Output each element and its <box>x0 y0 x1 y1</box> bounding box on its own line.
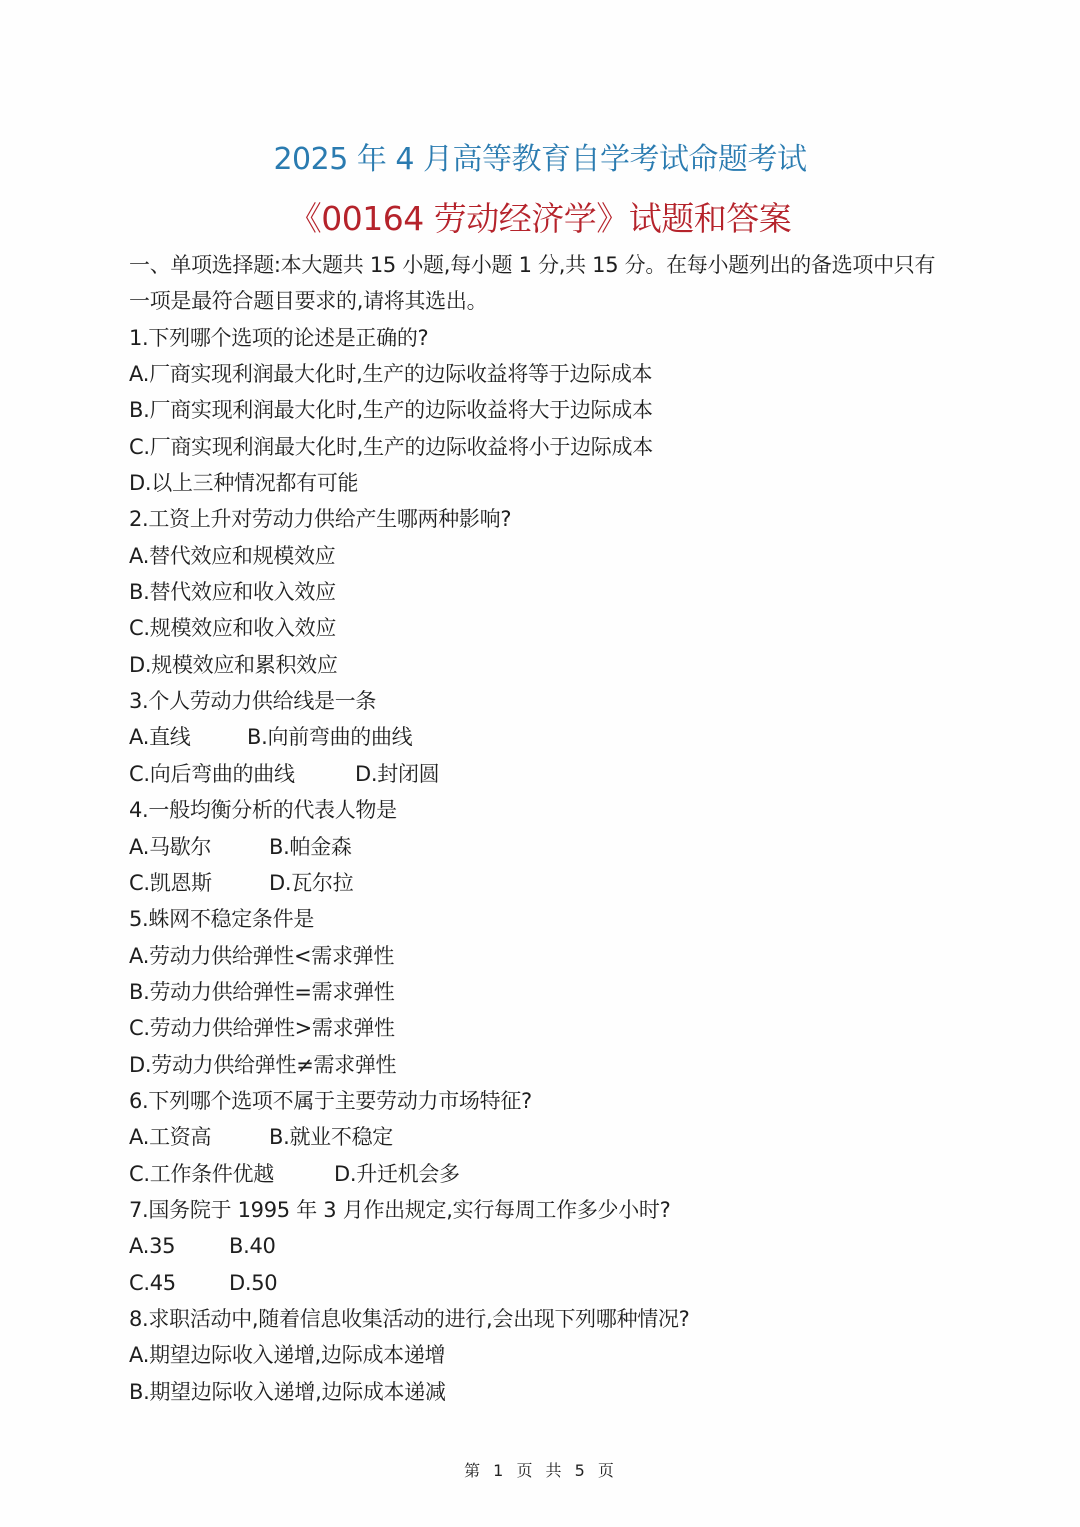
question-1-option-b: B.厂商实现利润最大化时,生产的边际收益将大于边际成本 <box>129 392 959 428</box>
question-7-options-row1: A.35 B.40 <box>129 1228 959 1264</box>
question-3-options-row1: A.直线 B.向前弯曲的曲线 <box>129 719 959 755</box>
section-heading-line1: 一、单项选择题:本大题共 15 小题,每小题 1 分,共 15 分。在每小题列出… <box>129 247 959 283</box>
document-page: 2025 年 4 月高等教育自学考试命题考试 《00164 劳动经济学》试题和答… <box>0 0 1080 1527</box>
question-7-option-b: B.40 <box>229 1228 276 1264</box>
document-title-line2: 《00164 劳动经济学》试题和答案 <box>0 196 1080 242</box>
question-8-option-a: A.期望边际收入递增,边际成本递增 <box>129 1337 959 1373</box>
page-indicator: 第 1 页 共 5 页 <box>0 1460 1080 1482</box>
question-1-option-d: D.以上三种情况都有可能 <box>129 465 959 501</box>
question-1-option-c: C.厂商实现利润最大化时,生产的边际收益将小于边际成本 <box>129 429 959 465</box>
question-1-option-a: A.厂商实现利润最大化时,生产的边际收益将等于边际成本 <box>129 356 959 392</box>
question-5-stem: 5.蛛网不稳定条件是 <box>129 901 959 937</box>
question-3-option-c: C.向后弯曲的曲线 <box>129 756 355 792</box>
question-2-option-c: C.规模效应和收入效应 <box>129 610 959 646</box>
question-3-options-row2: C.向后弯曲的曲线 D.封闭圆 <box>129 756 959 792</box>
section-heading-line2: 一项是最符合题目要求的,请将其选出。 <box>129 283 959 319</box>
question-4-option-b: B.帕金森 <box>269 829 352 865</box>
question-8-option-b: B.期望边际收入递增,边际成本递减 <box>129 1374 959 1410</box>
question-6-option-a: A.工资高 <box>129 1119 269 1155</box>
question-7-option-a: A.35 <box>129 1228 229 1264</box>
question-4-option-c: C.凯恩斯 <box>129 865 269 901</box>
question-4-option-a: A.马歇尔 <box>129 829 269 865</box>
question-5-option-a: A.劳动力供给弹性<需求弹性 <box>129 938 959 974</box>
question-6-options-row2: C.工作条件优越 D.升迁机会多 <box>129 1156 959 1192</box>
question-8-stem: 8.求职活动中,随着信息收集活动的进行,会出现下列哪种情况? <box>129 1301 959 1337</box>
question-6-stem: 6.下列哪个选项不属于主要劳动力市场特征? <box>129 1083 959 1119</box>
question-4-options-row1: A.马歇尔 B.帕金森 <box>129 829 959 865</box>
question-2-option-d: D.规模效应和累积效应 <box>129 647 959 683</box>
document-title-line1: 2025 年 4 月高等教育自学考试命题考试 <box>0 138 1080 182</box>
exam-body: 一、单项选择题:本大题共 15 小题,每小题 1 分,共 15 分。在每小题列出… <box>129 247 959 1410</box>
question-3-option-d: D.封闭圆 <box>355 756 439 792</box>
question-5-option-d: D.劳动力供给弹性≠需求弹性 <box>129 1047 959 1083</box>
question-6-option-d: D.升迁机会多 <box>334 1156 460 1192</box>
question-6-option-b: B.就业不稳定 <box>269 1119 393 1155</box>
question-4-option-d: D.瓦尔拉 <box>269 865 353 901</box>
question-6-option-c: C.工作条件优越 <box>129 1156 334 1192</box>
question-2-option-b: B.替代效应和收入效应 <box>129 574 959 610</box>
question-7-option-d: D.50 <box>229 1265 277 1301</box>
question-6-options-row1: A.工资高 B.就业不稳定 <box>129 1119 959 1155</box>
question-7-option-c: C.45 <box>129 1265 229 1301</box>
question-7-stem: 7.国务院于 1995 年 3 月作出规定,实行每周工作多少小时? <box>129 1192 959 1228</box>
question-3-stem: 3.个人劳动力供给线是一条 <box>129 683 959 719</box>
question-1-stem: 1.下列哪个选项的论述是正确的? <box>129 320 959 356</box>
question-5-option-b: B.劳动力供给弹性=需求弹性 <box>129 974 959 1010</box>
question-2-stem: 2.工资上升对劳动力供给产生哪两种影响? <box>129 501 959 537</box>
question-4-stem: 4.一般均衡分析的代表人物是 <box>129 792 959 828</box>
question-5-option-c: C.劳动力供给弹性>需求弹性 <box>129 1010 959 1046</box>
question-7-options-row2: C.45 D.50 <box>129 1265 959 1301</box>
question-3-option-b: B.向前弯曲的曲线 <box>247 719 412 755</box>
question-4-options-row2: C.凯恩斯 D.瓦尔拉 <box>129 865 959 901</box>
question-2-option-a: A.替代效应和规模效应 <box>129 538 959 574</box>
question-3-option-a: A.直线 <box>129 719 247 755</box>
